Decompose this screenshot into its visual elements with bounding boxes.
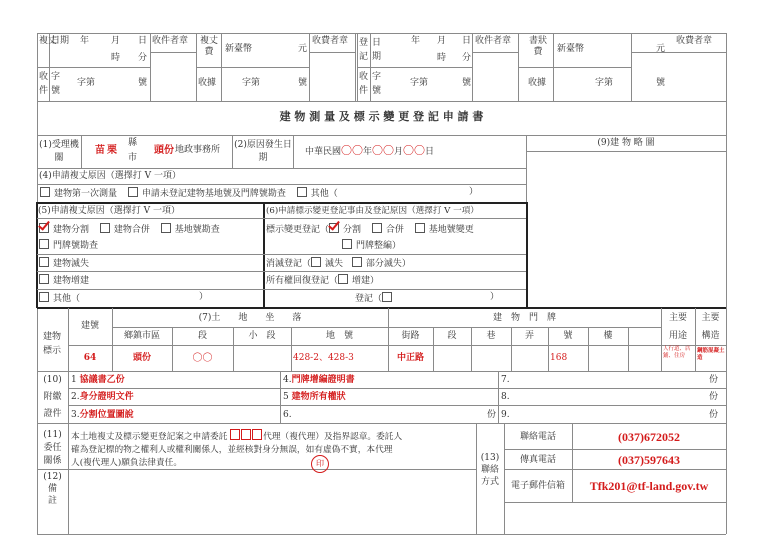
option-split[interactable]: 建物分割: [39, 225, 89, 235]
option-label: 其他（: [53, 294, 80, 304]
receipt-no-suffix: 號: [298, 78, 307, 89]
section4-label: (4)申請複丈原因（選擇打 V 一項）: [39, 171, 181, 182]
attach-no: 8.: [501, 392, 510, 402]
reg-prefix: 登記（: [355, 294, 382, 304]
attachment-4[interactable]: 4.門牌增編證明書: [283, 375, 355, 386]
attach-unit: 份: [709, 392, 718, 403]
checkbox[interactable]: [39, 239, 49, 249]
reg-time-hour: 時: [437, 53, 446, 64]
reg-label: 登記: [359, 36, 369, 64]
section4-options: 建物第一次測量 申請未登記建物基地號及門牌號勘查 其他（: [40, 187, 338, 200]
col-street: 街路: [388, 331, 433, 342]
attach-label-a: (10): [37, 375, 68, 386]
option-label: 部分滅失）: [366, 259, 411, 269]
receiver-seal-label: 收件者章: [152, 36, 188, 47]
attach-no: 2.: [71, 392, 80, 402]
no-word: 字第: [77, 78, 95, 89]
section6-row4: 登記（: [355, 292, 396, 305]
cert-fee-currency: 新臺幣: [557, 44, 584, 55]
checkbox-checked[interactable]: [39, 223, 49, 233]
no-label: 字號: [51, 70, 61, 98]
side-b: 標示: [43, 346, 61, 356]
attachment-2[interactable]: 2.身分證明文件: [71, 392, 134, 403]
checkbox[interactable]: [338, 274, 348, 284]
office-suffix: 地政事務所: [175, 145, 220, 156]
checkbox[interactable]: [311, 257, 321, 267]
cause-month: 〇〇: [372, 144, 394, 157]
proxy-statement: 本土地複丈及標示變更登記案之申請委託 代理（複代理）及指界認章。委託人 確為登記…: [71, 429, 402, 470]
attachment-7[interactable]: 7.: [501, 375, 510, 386]
building-label-side: 建物 標示: [40, 330, 64, 358]
attach-text: 身分證明文件: [80, 392, 134, 402]
checkbox[interactable]: [415, 223, 425, 233]
proxy-text-3: 人(複代理人)願負法律責任。: [71, 458, 182, 468]
attach-no: 4.: [283, 375, 292, 385]
form-title: 建 物 測 量 及 標 示 變 更 登 記 申 請 書: [37, 111, 726, 122]
proxy-agent-boxes[interactable]: [230, 432, 263, 442]
reg-close: ）: [490, 292, 499, 303]
col-lane: 巷: [471, 331, 511, 342]
county-value[interactable]: 苗栗: [95, 145, 119, 156]
reg-time-minute: 分: [462, 53, 471, 64]
attachment-9[interactable]: 9.: [501, 410, 510, 421]
recv-no-label: 收件: [39, 70, 49, 98]
reg-date-year: 年: [411, 36, 420, 47]
option-6-extension[interactable]: 增建）: [338, 276, 379, 286]
col-floor: 樓: [588, 331, 628, 342]
time-hour: 時: [111, 53, 120, 64]
year-unit: 年: [363, 147, 372, 157]
attach-no: 5: [283, 392, 289, 402]
contact-label-a: (13): [481, 453, 499, 463]
col-subsection: 小 段: [233, 331, 291, 342]
attachment-8[interactable]: 8.: [501, 392, 510, 403]
cause-day: 〇〇: [403, 144, 425, 157]
street-value[interactable]: 中正路: [388, 353, 433, 364]
land-location-header: (7)土 地 坐 落: [112, 313, 388, 324]
fee-currency: 新臺幣: [225, 44, 252, 55]
option-other5[interactable]: 其他（: [39, 292, 80, 305]
option-destroyed[interactable]: 建物滅失: [39, 257, 89, 270]
other-close: ）: [469, 187, 478, 198]
attachment-6[interactable]: 6.: [283, 410, 292, 421]
option-6-partial[interactable]: 部分滅失）: [352, 259, 411, 269]
land-no-value[interactable]: 428-2、428-3: [293, 353, 354, 364]
number-value[interactable]: 168: [550, 353, 567, 364]
reg-date-month: 月: [437, 36, 446, 47]
attach-text: 建物所有權狀: [292, 392, 346, 402]
checkbox[interactable]: [40, 187, 50, 197]
option-extension[interactable]: 建物增建: [39, 274, 89, 287]
district-value[interactable]: 頭份: [112, 353, 172, 364]
roc-prefix: 中華民國: [305, 147, 341, 157]
section6-row1: 標示變更登記（分割 合併 基地號變更: [266, 223, 474, 236]
reg-date-day: 日: [462, 36, 471, 47]
time-minute: 分: [138, 53, 147, 64]
side-a: 建物: [43, 332, 61, 342]
email-label: 電子郵件信箱: [504, 481, 572, 492]
cert-receipt-no-word: 字第: [595, 78, 613, 89]
building-no-value[interactable]: 64: [68, 353, 112, 364]
checkbox[interactable]: [297, 187, 307, 197]
proxy-text-1: 本土地複丈及標示變更登記案之申請委託: [71, 432, 227, 442]
cause-date-label: (2)原因發生日期: [234, 139, 292, 165]
option-6-merge[interactable]: 合併: [372, 225, 404, 235]
day-unit: 日: [425, 147, 434, 157]
checkbox[interactable]: [372, 223, 382, 233]
phone-label: 聯絡電話: [504, 432, 572, 443]
option-label: 建物第一次測量: [54, 189, 117, 199]
attach-no: 9.: [501, 410, 510, 420]
receipt-no-word: 字第: [242, 78, 260, 89]
phone-value[interactable]: (037)672052: [572, 430, 726, 444]
option-label: 門牌整編）: [356, 241, 401, 251]
remarks-label-a: (12): [43, 472, 61, 482]
checkbox[interactable]: [39, 274, 49, 284]
main-use-value[interactable]: 人行道、店鋪、住房: [663, 346, 695, 360]
doorplate-header: 建 物 門 牌: [388, 313, 661, 324]
sketch-label: (9)建 物 略 圖: [526, 138, 726, 149]
col-number: 號: [548, 331, 588, 342]
col-alley: 弄: [511, 331, 548, 342]
checkbox[interactable]: [100, 223, 110, 233]
remarks-label-b: 備: [48, 484, 57, 494]
attach-text: 門牌增編證明書: [292, 375, 355, 385]
option-unregistered-survey[interactable]: 申請未登記建物基地號及門牌號勘查: [128, 189, 286, 199]
proxy-label: (11)委任關係: [37, 429, 68, 468]
fee-unit: 元: [298, 44, 307, 55]
checkbox[interactable]: [39, 257, 49, 267]
checkbox[interactable]: [39, 292, 49, 302]
proxy-text-2: 確為登記標的物之權利人或權利關係人，並經核對身分無誤，如有虛偽不實，本代理: [71, 445, 392, 455]
remarks-label-c: 註: [48, 496, 57, 506]
building-sketch-area[interactable]: [528, 153, 724, 305]
main-structure-header-b: 構造: [695, 331, 726, 342]
option-other[interactable]: 其他（: [297, 189, 338, 199]
receipt-label: 收據: [198, 78, 216, 89]
remarks-field[interactable]: [70, 471, 474, 532]
attach-text: 分割位置圖說: [80, 410, 134, 420]
option-label: 門牌號勘查: [53, 241, 98, 251]
county-unit-county: 縣: [128, 138, 137, 149]
option-label: 合併: [386, 225, 404, 235]
col-section: 段: [172, 331, 233, 342]
cert-collector-seal-label: 收費者章: [676, 36, 712, 47]
other5-close: ）: [199, 292, 208, 303]
checkbox[interactable]: [342, 239, 352, 249]
reg-recv-no-label: 收件: [359, 70, 369, 98]
option-6-doorplate[interactable]: 門牌整編）: [342, 239, 401, 252]
cert-receipt-no-suffix: 號: [656, 78, 665, 89]
option-label: 其他（: [311, 189, 338, 199]
attach-no: 7.: [501, 375, 510, 385]
attach-label-b: 附繳: [37, 392, 68, 403]
option-label: 分割: [343, 225, 361, 235]
fax-value[interactable]: (037)597643: [572, 453, 726, 467]
attach-unit: 份: [709, 410, 718, 421]
attachment-3[interactable]: 3.分割位置圖說: [71, 410, 134, 421]
recv-label: 複丈: [39, 36, 49, 47]
option-label: 建物滅失: [53, 259, 89, 269]
option-6-split[interactable]: 分割: [329, 225, 361, 235]
proxy-label-a: (11): [43, 430, 61, 440]
option-6-base-change[interactable]: 基地號變更: [415, 225, 474, 235]
checkbox-checked[interactable]: [329, 223, 339, 233]
option-label: 滅失: [325, 259, 343, 269]
building-no-header: 建號: [68, 321, 112, 332]
remarks-label: (12)備註: [37, 471, 68, 507]
contact-label-c: 方式: [481, 477, 499, 487]
main-structure-value[interactable]: 鋼筋混凝土造: [697, 348, 725, 362]
option-label: 建物分割: [53, 225, 89, 235]
fee-label: 複丈費: [198, 36, 220, 58]
main-structure-header-a: 主要: [695, 313, 726, 324]
col-district: 鄉鎮市區: [112, 331, 172, 342]
checkbox[interactable]: [352, 257, 362, 267]
attachment-1[interactable]: 1 協議書乙份: [71, 375, 125, 386]
reg-no-suffix: 號: [462, 78, 471, 89]
option-base-survey[interactable]: 基地號勘查: [161, 225, 220, 235]
attach-label-c: 證件: [37, 409, 68, 420]
section6-row2: 消滅登記（滅失 部分滅失）: [266, 257, 411, 270]
checkbox[interactable]: [382, 292, 392, 302]
option-6-destroyed[interactable]: 滅失: [311, 259, 343, 269]
collector-seal-label: 收費者章: [312, 36, 348, 47]
section5-label: (5)申請複丈原因（選擇打 V 一項）: [38, 206, 180, 217]
reg-receiver-seal-label: 收件者章: [475, 36, 511, 47]
option-label: 建物合併: [114, 225, 150, 235]
attach-no: 6.: [283, 410, 292, 420]
option-doorplate-survey[interactable]: 門牌號勘查: [39, 239, 98, 252]
county-unit-city: 市: [128, 153, 137, 164]
attach-unit: 份: [487, 410, 496, 421]
option-label: 基地號變更: [429, 225, 474, 235]
col-land-no: 地 號: [291, 331, 388, 342]
option-first-survey[interactable]: 建物第一次測量: [40, 189, 117, 199]
no-suffix: 號: [138, 78, 147, 89]
reg-no-word: 字第: [410, 78, 428, 89]
cause-date[interactable]: 中華民國〇〇年〇〇月〇〇日: [305, 145, 434, 158]
attach-unit: 份: [709, 375, 718, 386]
checkbox[interactable]: [128, 187, 138, 197]
date-day: 日: [138, 36, 147, 47]
checkbox[interactable]: [161, 223, 171, 233]
option-label: 建物增建: [53, 276, 89, 286]
attachment-5[interactable]: 5 建物所有權狀: [283, 392, 346, 403]
proxy-label-c: 關係: [43, 456, 61, 466]
office-label: (1)受理機關: [39, 139, 79, 165]
office-value[interactable]: 頭份: [154, 145, 174, 156]
option-label: 申請未登記建物基地號及門牌號勘查: [142, 189, 286, 199]
label-change-prefix: 標示變更登記（: [266, 225, 329, 235]
cert-fee-unit: 元: [656, 44, 665, 55]
attach-text: 協議書乙份: [80, 375, 125, 385]
cert-fee-label: 書狀費: [528, 36, 548, 58]
option-merge[interactable]: 建物合併: [100, 225, 150, 235]
attach-no: 3.: [71, 410, 80, 420]
section5-row1: 建物分割 建物合併 基地號勘查: [39, 223, 220, 236]
cancel-prefix: 消滅登記（: [266, 259, 311, 269]
month-unit: 月: [394, 147, 403, 157]
attach-no: 1: [71, 375, 77, 385]
date-label: 日期: [51, 36, 69, 47]
main-use-header-a: 主要: [661, 313, 695, 324]
date-month: 月: [111, 36, 120, 47]
contact-label-b: 聯絡: [481, 465, 499, 475]
fax-label: 傳真電話: [504, 455, 572, 466]
reg-no-label: 字號: [372, 70, 382, 98]
option-label: 基地號勘查: [175, 225, 220, 235]
cause-year: 〇〇: [341, 144, 363, 157]
reg-date-label: 日期: [372, 36, 382, 64]
cert-receipt-label: 收據: [528, 78, 546, 89]
main-use-header-b: 用途: [661, 331, 695, 342]
date-year: 年: [80, 36, 89, 47]
section-value[interactable]: 〇〇: [172, 353, 233, 364]
restore-prefix: 所有權回復登記（: [266, 276, 338, 286]
section6-row3: 所有權回復登記（增建）: [266, 274, 379, 287]
proxy-label-b: 委任: [43, 443, 61, 453]
col-door-section: 段: [433, 331, 471, 342]
email-value[interactable]: Tfk201@tf-land.gov.tw: [572, 479, 726, 493]
section6-label: (6)申請標示變更登記事由及登記原因（選擇打 V 一項）: [266, 206, 479, 217]
contact-label: (13)聯絡方式: [476, 452, 504, 488]
proxy-text-1b: 代理（複代理）及指界認章。委託人: [263, 432, 402, 442]
option-label: 增建）: [352, 276, 379, 286]
